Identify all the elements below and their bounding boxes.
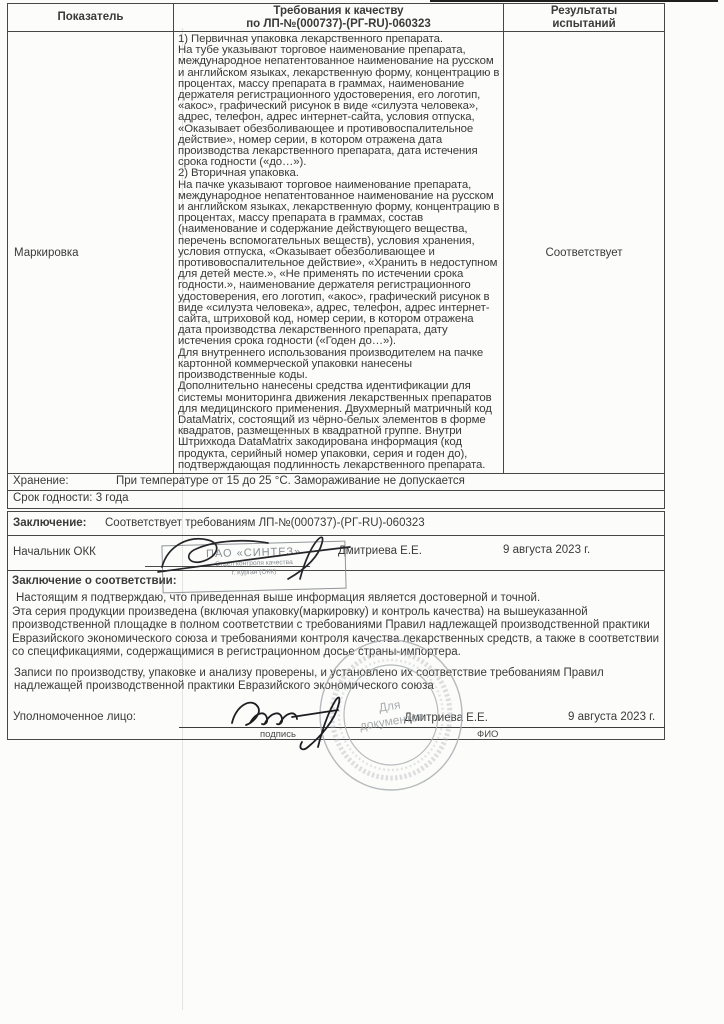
fio-caption: ФИО <box>477 729 498 740</box>
marking-result-cell: Соответствует <box>504 32 664 473</box>
okk-signature-ink <box>150 527 360 585</box>
marking-requirements-cell: 1) Первичная упаковка лекарственного пре… <box>174 32 504 473</box>
marking-indicator-label: Маркировка <box>14 247 79 259</box>
marking-row: Маркировка 1) Первичная упаковка лекарст… <box>8 32 664 474</box>
header-results-line2: испытаний <box>552 18 615 31</box>
storage-label: Хранение: <box>13 475 69 487</box>
scanned-quality-document: Показатель Требования к качеству по ЛП-№… <box>0 0 724 1024</box>
okk-title: Начальник ОКК <box>13 546 96 558</box>
header-requirements: Требования к качеству по ЛП-№(000737)-(Р… <box>174 4 504 31</box>
scan-edge-artifact <box>430 0 718 2</box>
storage-row: Хранение: При температуре от 15 до 25 °С… <box>8 474 664 491</box>
compliance-paragraph-1: Настоящим я подтверждаю, что приведенная… <box>16 592 656 604</box>
header-indicator-label: Показатель <box>58 11 124 24</box>
okk-date: 9 августа 2023 г. <box>503 544 590 556</box>
header-results-line1: Результаты <box>551 5 617 18</box>
shelf-life-row: Срок годности: 3 года <box>8 491 664 508</box>
header-requirements-line1: Требования к качеству <box>273 5 403 18</box>
shelf-life-text: Срок годности: 3 года <box>13 492 128 504</box>
authorized-signature-date: 9 августа 2023 г. <box>568 711 655 723</box>
marking-indicator-cell: Маркировка <box>8 32 174 473</box>
marking-requirements-text: 1) Первичная упаковка лекарственного пре… <box>174 32 503 471</box>
header-requirements-line2: по ЛП-№(000737)-(РГ-RU)-060323 <box>246 18 431 31</box>
authorized-signature-ink <box>222 681 357 753</box>
authorized-person-label: Уполномоченное лицо: <box>13 711 136 723</box>
header-indicator: Показатель <box>8 4 174 31</box>
conclusion-label: Заключение: <box>13 517 87 529</box>
header-results: Результаты испытаний <box>504 4 664 31</box>
quality-table: Показатель Требования к качеству по ЛП-№… <box>7 3 665 509</box>
marking-result-value: Соответствует <box>545 247 622 259</box>
table-header-row: Показатель Требования к качеству по ЛП-№… <box>8 4 664 32</box>
storage-value: При температуре от 15 до 25 °С. Заморажи… <box>116 475 465 487</box>
